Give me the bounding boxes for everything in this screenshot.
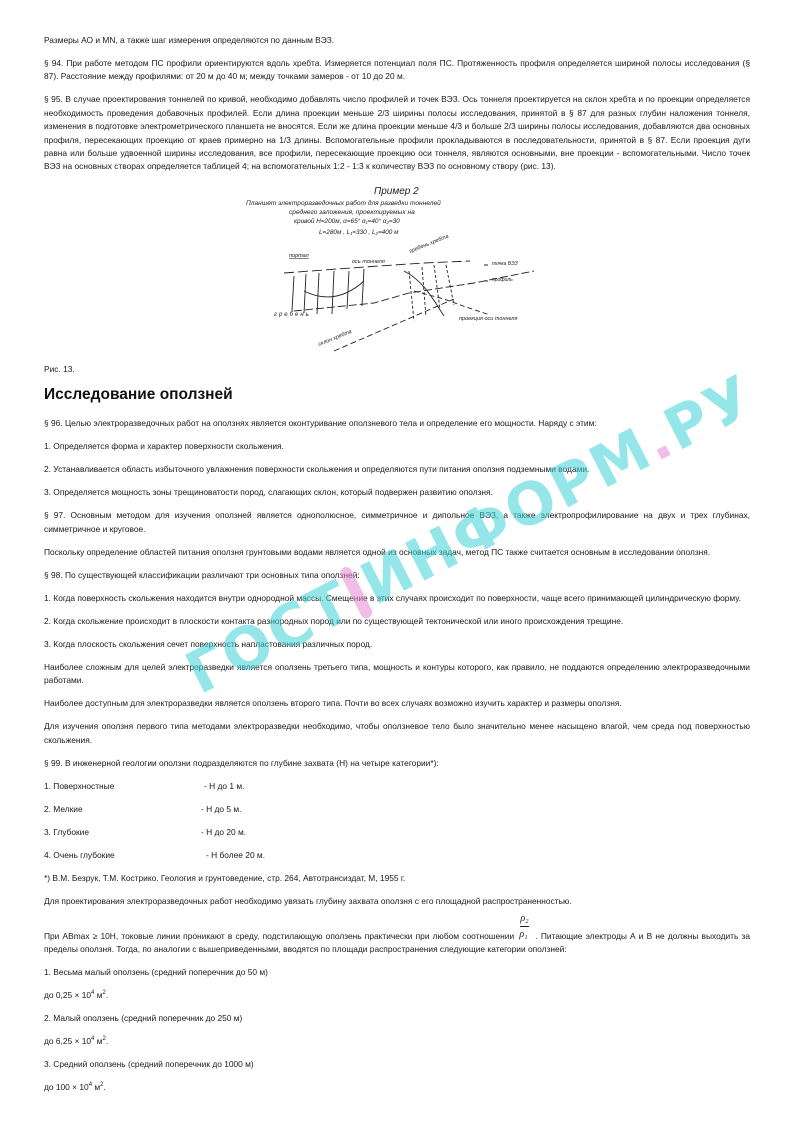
area-category-value: до 6,25 × 104 м2. xyxy=(44,1035,750,1048)
svg-text:ось тоннеля: ось тоннеля xyxy=(352,259,385,265)
footnote: *) В.М. Безрук, Т.М. Кострико. Геология … xyxy=(44,872,750,885)
paragraph-abmax: При ABmax ≥ 10H, токовые линии проникают… xyxy=(44,930,750,957)
svg-text:L=280м , L₁=330 , L₂=400 м: L=280м , L₁=330 , L₂=400 м xyxy=(319,229,399,236)
figure-title: Пример 2 xyxy=(374,186,419,197)
list-item: 2. Устанавливается область избыточного у… xyxy=(44,463,750,476)
list-item: 2. Когда скольжение происходит в плоскос… xyxy=(44,615,750,628)
area-category-name: 2. Малый оползень (средний поперечник до… xyxy=(44,1012,750,1025)
area-category-name: 1. Весьма малый оползень (средний попере… xyxy=(44,966,750,979)
list-item: 1. Когда поверхность скольжения находитс… xyxy=(44,592,750,605)
list-item: 1. Определяется форма и характер поверхн… xyxy=(44,440,750,453)
svg-text:портал: портал xyxy=(289,253,309,259)
svg-text:гребень: гребень xyxy=(274,312,311,318)
paragraph-97b: Поскольку определение областей питания о… xyxy=(44,546,750,559)
figure-13: Пример 2 Планшет электроразведочных рабо… xyxy=(44,181,750,359)
svg-text:Планшет электроразведочных раб: Планшет электроразведочных работ для раз… xyxy=(246,199,441,207)
depth-category-row: 2. Мелкие - Н до 5 м. xyxy=(44,803,750,816)
resistivity-ratio-fraction: ρ₂ρ₁ xyxy=(517,930,535,943)
paragraph-98: § 98. По существующей классификации разл… xyxy=(44,569,750,582)
paragraph-95: § 95. В случае проектирования тоннелей п… xyxy=(44,93,750,173)
area-category-name: 3. Средний оползень (средний поперечник … xyxy=(44,1058,750,1071)
list-item: 3. Определяется мощность зоны трещиноват… xyxy=(44,486,750,499)
section-title: Исследование оползней xyxy=(44,386,750,404)
area-category-value: до 0,25 × 104 м2. xyxy=(44,989,750,1002)
depth-category-row: 3. Глубокие - Н до 20 м. xyxy=(44,826,750,839)
paragraph-99: § 99. В инженерной геологии оползни подр… xyxy=(44,757,750,770)
svg-text:проекция оси тоннеля: проекция оси тоннеля xyxy=(459,316,517,322)
tunnel-survey-sketch: Пример 2 Планшет электроразведочных рабо… xyxy=(234,181,564,359)
svg-text:кривой H=200м, α=65° α₁=40°: кривой H=200м, α=65° α₁=40° α₂=30 xyxy=(294,217,400,225)
paragraph-97: § 97. Основным методом для изучения опол… xyxy=(44,509,750,536)
paragraph-98e: Для изучения оползня первого типа метода… xyxy=(44,720,750,747)
figure-caption: Рис. 13. xyxy=(44,363,750,376)
paragraph-98d: Наиболее доступным для электроразведки я… xyxy=(44,697,750,710)
list-item: 3. Когда плоскость скольжения сечет пове… xyxy=(44,638,750,651)
area-category-value: до 100 × 104 м2. xyxy=(44,1081,750,1094)
paragraph-intro: Размеры АО и MN, а также шаг измерения о… xyxy=(44,34,750,47)
paragraph-design: Для проектирования электроразведочных ра… xyxy=(44,895,750,908)
paragraph-98c: Наиболее сложным для целей электроразвед… xyxy=(44,661,750,688)
svg-text:среднего заложения, проектируе: среднего заложения, проектируемых на xyxy=(289,208,415,216)
svg-text:точка ВЭЗ: точка ВЭЗ xyxy=(492,261,518,267)
svg-text:профиль: профиль xyxy=(492,277,513,283)
paragraph-96: § 96. Целью электроразведочных работ на … xyxy=(44,417,750,430)
depth-category-row: 1. Поверхностные - Н до 1 м. xyxy=(44,780,750,793)
depth-category-row: 4. Очень глубокие - Н более 20 м. xyxy=(44,849,750,862)
paragraph-94: § 94. При работе методом ПС профили орие… xyxy=(44,57,750,84)
svg-text:гребень хребта: гребень хребта xyxy=(409,234,450,255)
document-page: Размеры АО и MN, а также шаг измерения о… xyxy=(44,34,750,1104)
